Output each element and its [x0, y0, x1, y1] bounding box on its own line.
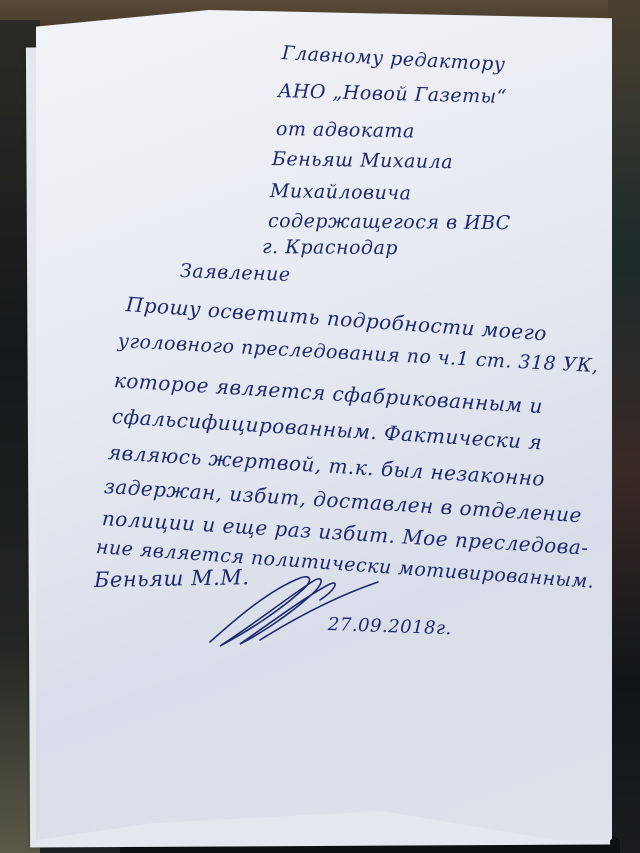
addressee-line-4: Беньяш Михаила: [272, 148, 453, 173]
statement-title: Заявление: [180, 260, 291, 286]
addressee-line-5: Михайловича: [270, 180, 412, 204]
addressee-line-3: от адвоката: [276, 118, 415, 142]
signature-scribble-icon: [200, 570, 380, 650]
background-right: [608, 0, 640, 853]
addressee-line-6: содержащегося в ИВС: [268, 210, 511, 234]
addressee-line-7: г. Краснодар: [262, 236, 398, 259]
signature-date: 27.09.2018г.: [328, 614, 453, 639]
